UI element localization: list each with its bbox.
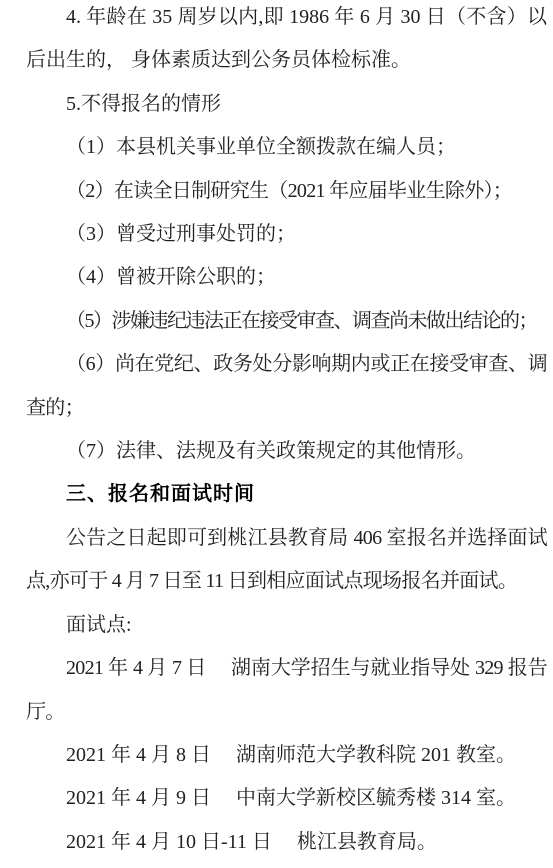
document-page: 4. 年龄在 35 周岁以内,即 1986 年 6 月 30 日（不含）以后出生… <box>0 0 553 868</box>
paragraph-condition-1: （1）本县机关事业单位全额拨款在编人员； <box>26 126 547 169</box>
paragraph-site-april-10-11: 2021 年 4 月 10 日-11 日 桃江县教育局。 <box>26 821 547 864</box>
paragraph-site-april-8: 2021 年 4 月 8 日 湖南师范大学教科院 201 教室。 <box>26 734 547 777</box>
section-heading-registration-and-interview-time: 三、报名和面试时间 <box>26 473 547 516</box>
paragraph-condition-6: （6）尚在党纪、政务处分影响期内或正在接受审查、调查的； <box>26 343 547 430</box>
paragraph-interview-sites-label: 面试点: <box>26 604 547 647</box>
paragraph-site-april-7: 2021 年 4 月 7 日 湖南大学招生与就业指导处 329 报告厅。 <box>26 647 547 734</box>
paragraph-condition-3: （3）曾受过刑事处罚的； <box>26 213 547 256</box>
paragraph-site-april-9: 2021 年 4 月 9 日 中南大学新校区毓秀楼 314 室。 <box>26 777 547 820</box>
paragraph-condition-5: （5）涉嫌违纪违法正在接受审查、调查尚未做出结论的； <box>26 300 547 343</box>
paragraph-registration-info: 公告之日起即可到桃江县教育局 406 室报名并选择面试点,亦可于 4 月 7 日… <box>26 517 547 604</box>
paragraph-condition-2: （2）在读全日制研究生（2021 年应届毕业生除外）； <box>26 170 547 213</box>
paragraph-item-5-title: 5.不得报名的情形 <box>26 83 547 126</box>
document-body: 4. 年龄在 35 周岁以内,即 1986 年 6 月 30 日（不含）以后出生… <box>26 0 547 864</box>
paragraph-condition-7: （7）法律、法规及有关政策规定的其他情形。 <box>26 430 547 473</box>
paragraph-condition-4: （4）曾被开除公职的； <box>26 256 547 299</box>
paragraph-age-requirement: 4. 年龄在 35 周岁以内,即 1986 年 6 月 30 日（不含）以后出生… <box>26 0 547 83</box>
